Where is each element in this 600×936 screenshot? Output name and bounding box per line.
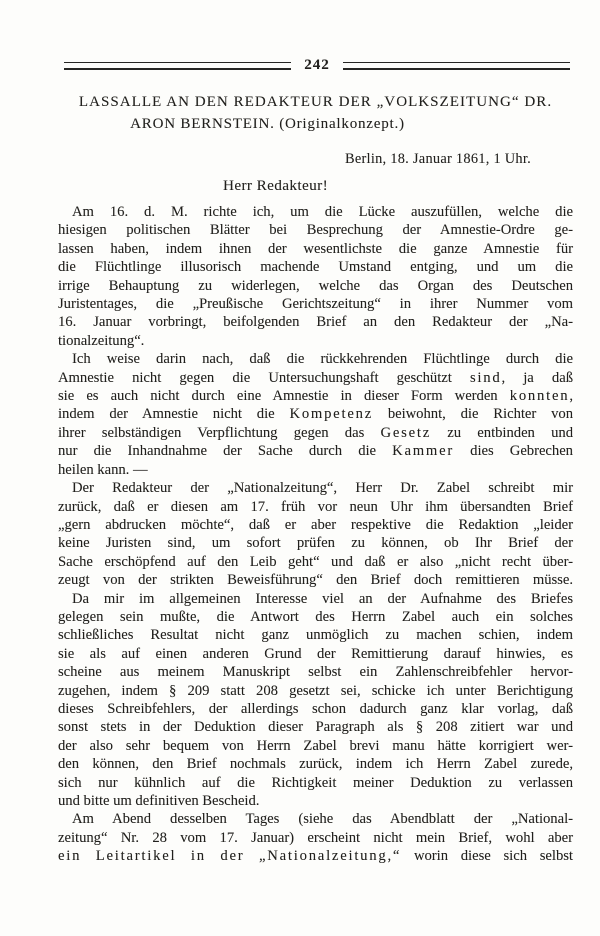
text-line: den können, den Brief nochmals zurück, i… [58,755,573,773]
text-line: zeugt von der strikten Beweisführung“ de… [58,571,573,589]
text-segment: Amnestie nicht gegen die Untersuchungsha… [58,370,470,386]
header-rule-left [64,62,291,70]
paragraph: Da mir im allgemeinen Interesse viel an … [58,590,573,811]
text-line: heilen kann. — [58,461,573,479]
text-segment: , [569,388,573,404]
text-line: sie als auf einen anderen Grund der Remi… [58,645,573,663]
emphasized-text: ein Leitartikel in der „Nationalzeitung,… [58,848,401,864]
text-line: die Flüchtlinge illusorisch machende Ums… [58,258,573,276]
emphasized-text: Kompetenz [290,406,373,422]
text-line: scheine aus meinem Manuskript selbst ein… [58,663,573,681]
header-rule-right [343,62,570,70]
letter-body: Am 16. d. M. richte ich, um die Lücke au… [58,203,573,866]
text-line: Da mir im allgemeinen Interesse viel an … [58,590,573,608]
text-segment: , ja daß [501,370,573,386]
text-line: lassen haben, indem ihnen der wesentlich… [58,240,573,258]
text-line: sonst stets in der Deduktion dieser Para… [58,718,573,736]
paragraph: Am Abend desselben Tages (siehe das Aben… [58,810,573,865]
text-segment: zu entbinden und [431,425,573,441]
text-line: zeitung“ Nr. 28 vom 17. Januar) erschein… [58,829,573,847]
text-line: zurück, daß er diesen am 17. früh vor ne… [58,498,573,516]
text-segment: worin diese sich selbst [401,848,573,864]
scanned-book-page: 242 LASSALLE AN DEN REDAKTEUR DER „VOLKS… [0,0,600,936]
text-segment: indem der Amnestie nicht die [58,406,290,422]
text-line: und bitte um definitiven Bescheid. [58,792,573,810]
text-line: schließliches Resultat nicht ganz unmögl… [58,626,573,644]
text-line: Juristentages, die „Preußische Gerichtsz… [58,295,573,313]
text-line: Amnestie nicht gegen die Untersuchungsha… [58,369,573,387]
paragraph: Ich weise darin nach, daß die rückkehren… [58,350,573,479]
text-line: ein Leitartikel in der „Nationalzeitung,… [58,847,573,865]
text-segment: beiwohnt, die Richter von [373,406,573,422]
text-line: dieses Schreibfehlers, der allerdings sc… [58,700,573,718]
emphasized-text: Gesetz [381,425,432,441]
text-line: nur die Inhandnahme der Sache durch die … [58,442,573,460]
text-line: sich nur kühnlich auf die Richtigkeit me… [58,774,573,792]
text-line: Ich weise darin nach, daß die rückkehren… [58,350,573,368]
text-segment: sie es auch nicht durch eine Amnestie in… [58,388,510,404]
text-line: irrige Behauptung zu widerlegen, welche … [58,277,573,295]
text-line: ihrer selbständigen Verpflichtung gegen … [58,424,573,442]
page-number: 242 [304,57,330,74]
letter-title: LASSALLE AN DEN REDAKTEUR DER „VOLKSZEIT… [58,92,573,135]
text-segment: nur die Inhandnahme der Sache durch die [58,443,392,459]
letter-title-line1: LASSALLE AN DEN REDAKTEUR DER „VOLKSZEIT… [58,92,573,114]
emphasized-text: Kammer [392,443,454,459]
text-segment: ihrer selbständigen Verpflichtung gegen … [58,425,381,441]
text-line: Am Abend desselben Tages (siehe das Aben… [58,810,573,828]
text-line: zugehen, indem § 209 statt 208 gesetzt s… [58,682,573,700]
dateline: Berlin, 18. Januar 1861, 1 Uhr. [58,151,531,168]
text-line: „gern abdrucken möchte“, daß er aber res… [58,516,573,534]
text-line: indem der Amnestie nicht die Kompetenz b… [58,405,573,423]
text-line: tionalzeitung“. [58,332,573,350]
text-line: hiesigen politischen Blätter bei Besprec… [58,221,573,239]
paragraph: Der Redakteur der „Nationalzeitung“, Her… [58,479,573,589]
text-line: Am 16. d. M. richte ich, um die Lücke au… [58,203,573,221]
text-line: sie es auch nicht durch eine Amnestie in… [58,387,573,405]
text-line: Sache erschöpfend auf den Leib geht“ und… [58,553,573,571]
salutation: Herr Redakteur! [18,177,533,195]
text-line: Der Redakteur der „Nationalzeitung“, Her… [58,479,573,497]
text-line: gelegen sein mußte, die Antwort des Herr… [58,608,573,626]
text-line: 16. Januar vorbringt, beifolgenden Brief… [58,313,573,331]
paragraph: Am 16. d. M. richte ich, um die Lücke au… [58,203,573,350]
letter-title-line2: ARON BERNSTEIN. (Originalkonzept.) [10,114,525,136]
page-header: 242 [64,57,570,74]
emphasized-text: konnten [510,388,570,404]
text-line: der also sehr bequem von Herrn Zabel bre… [58,737,573,755]
text-segment: dies Gebrechen [454,443,573,459]
text-line: keine Juristen sind, um sofort prüfen zu… [58,534,573,552]
emphasized-text: sind [470,370,502,386]
